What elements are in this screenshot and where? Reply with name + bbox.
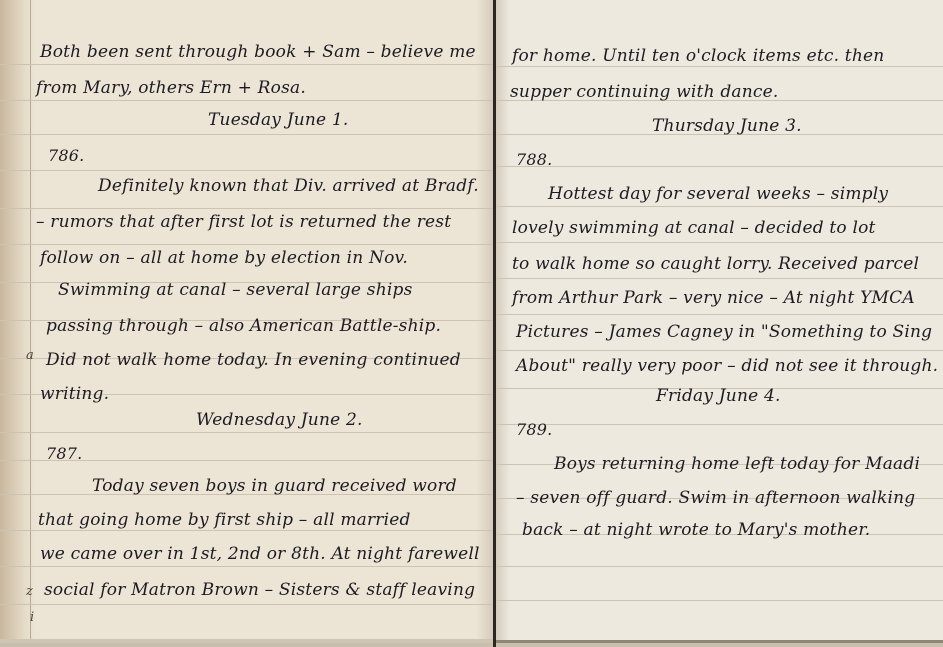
ruled-line <box>0 604 494 605</box>
diary-line: follow on – all at home by election in N… <box>40 248 408 268</box>
ruled-line <box>496 66 943 67</box>
diary-line: Hottest day for several weeks – simply <box>548 184 888 204</box>
ruled-line <box>496 350 943 351</box>
ruled-line <box>0 64 494 65</box>
ruled-line <box>0 208 494 209</box>
diary-line: About" really very poor – did not see it… <box>516 356 938 376</box>
ruled-line <box>496 206 943 207</box>
diary-line: lovely swimming at canal – decided to lo… <box>512 218 876 238</box>
diary-line: – seven off guard. Swim in afternoon wal… <box>516 488 915 508</box>
diary-line: for home. Until ten o'clock items etc. t… <box>512 46 884 66</box>
ruled-line <box>0 432 494 433</box>
entry-number: 786. <box>48 146 84 165</box>
diary-line: from Mary, others Ern + Rosa. <box>36 78 306 98</box>
margin-mark: i <box>30 610 34 625</box>
diary-line: from Arthur Park – very nice – At night … <box>512 288 915 308</box>
diary-line: Definitely known that Div. arrived at Br… <box>98 176 479 196</box>
entry-number: 788. <box>516 150 552 169</box>
diary-line: Both been sent through book + Sam – beli… <box>40 42 476 62</box>
diary-line: that going home by first ship – all marr… <box>38 510 411 530</box>
diary-line: we came over in 1st, 2nd or 8th. At nigh… <box>40 544 480 564</box>
ruled-line <box>0 100 494 101</box>
diary-line: to walk home so caught lorry. Received p… <box>512 254 919 274</box>
diary-line: Pictures – James Cagney in "Something to… <box>516 322 932 342</box>
date-heading: Wednesday June 2. <box>196 410 363 430</box>
ruled-line <box>496 566 943 567</box>
ruled-line <box>496 278 943 279</box>
entry-number: 787. <box>46 444 82 463</box>
diary-line: Today seven boys in guard received word <box>92 476 457 496</box>
diary-line: back – at night wrote to Mary's mother. <box>522 520 870 540</box>
ruled-line <box>496 166 943 167</box>
ruled-line <box>0 244 494 245</box>
date-heading: Tuesday June 1. <box>208 110 349 130</box>
ruled-line <box>0 566 494 567</box>
ruled-line <box>496 424 943 425</box>
margin-mark: z <box>26 584 33 599</box>
ruled-line <box>0 170 494 171</box>
ruled-line <box>0 530 494 531</box>
ruled-line <box>496 314 943 315</box>
diary-line: – rumors that after first lot is returne… <box>36 212 451 232</box>
margin-mark: a <box>26 348 34 363</box>
diary-line: social for Matron Brown – Sisters & staf… <box>44 580 475 600</box>
diary-line: passing through – also American Battle-s… <box>46 316 441 336</box>
diary-spread: Both been sent through book + Sam – beli… <box>0 0 943 647</box>
diary-line: writing. <box>40 384 109 404</box>
date-heading: Thursday June 3. <box>652 116 802 136</box>
right-page: for home. Until ten o'clock items etc. t… <box>496 0 943 643</box>
diary-line: Did not walk home today. In evening cont… <box>46 350 461 370</box>
left-page: Both been sent through book + Sam – beli… <box>0 0 494 643</box>
diary-line: Boys returning home left today for Maadi <box>554 454 920 474</box>
diary-line: Swimming at canal – several large ships <box>58 280 413 300</box>
entry-number: 789. <box>516 420 552 439</box>
ruled-line <box>0 134 494 135</box>
diary-line: supper continuing with dance. <box>510 82 779 102</box>
date-heading: Friday June 4. <box>656 386 781 406</box>
ruled-line <box>496 242 943 243</box>
ruled-line <box>496 600 943 601</box>
